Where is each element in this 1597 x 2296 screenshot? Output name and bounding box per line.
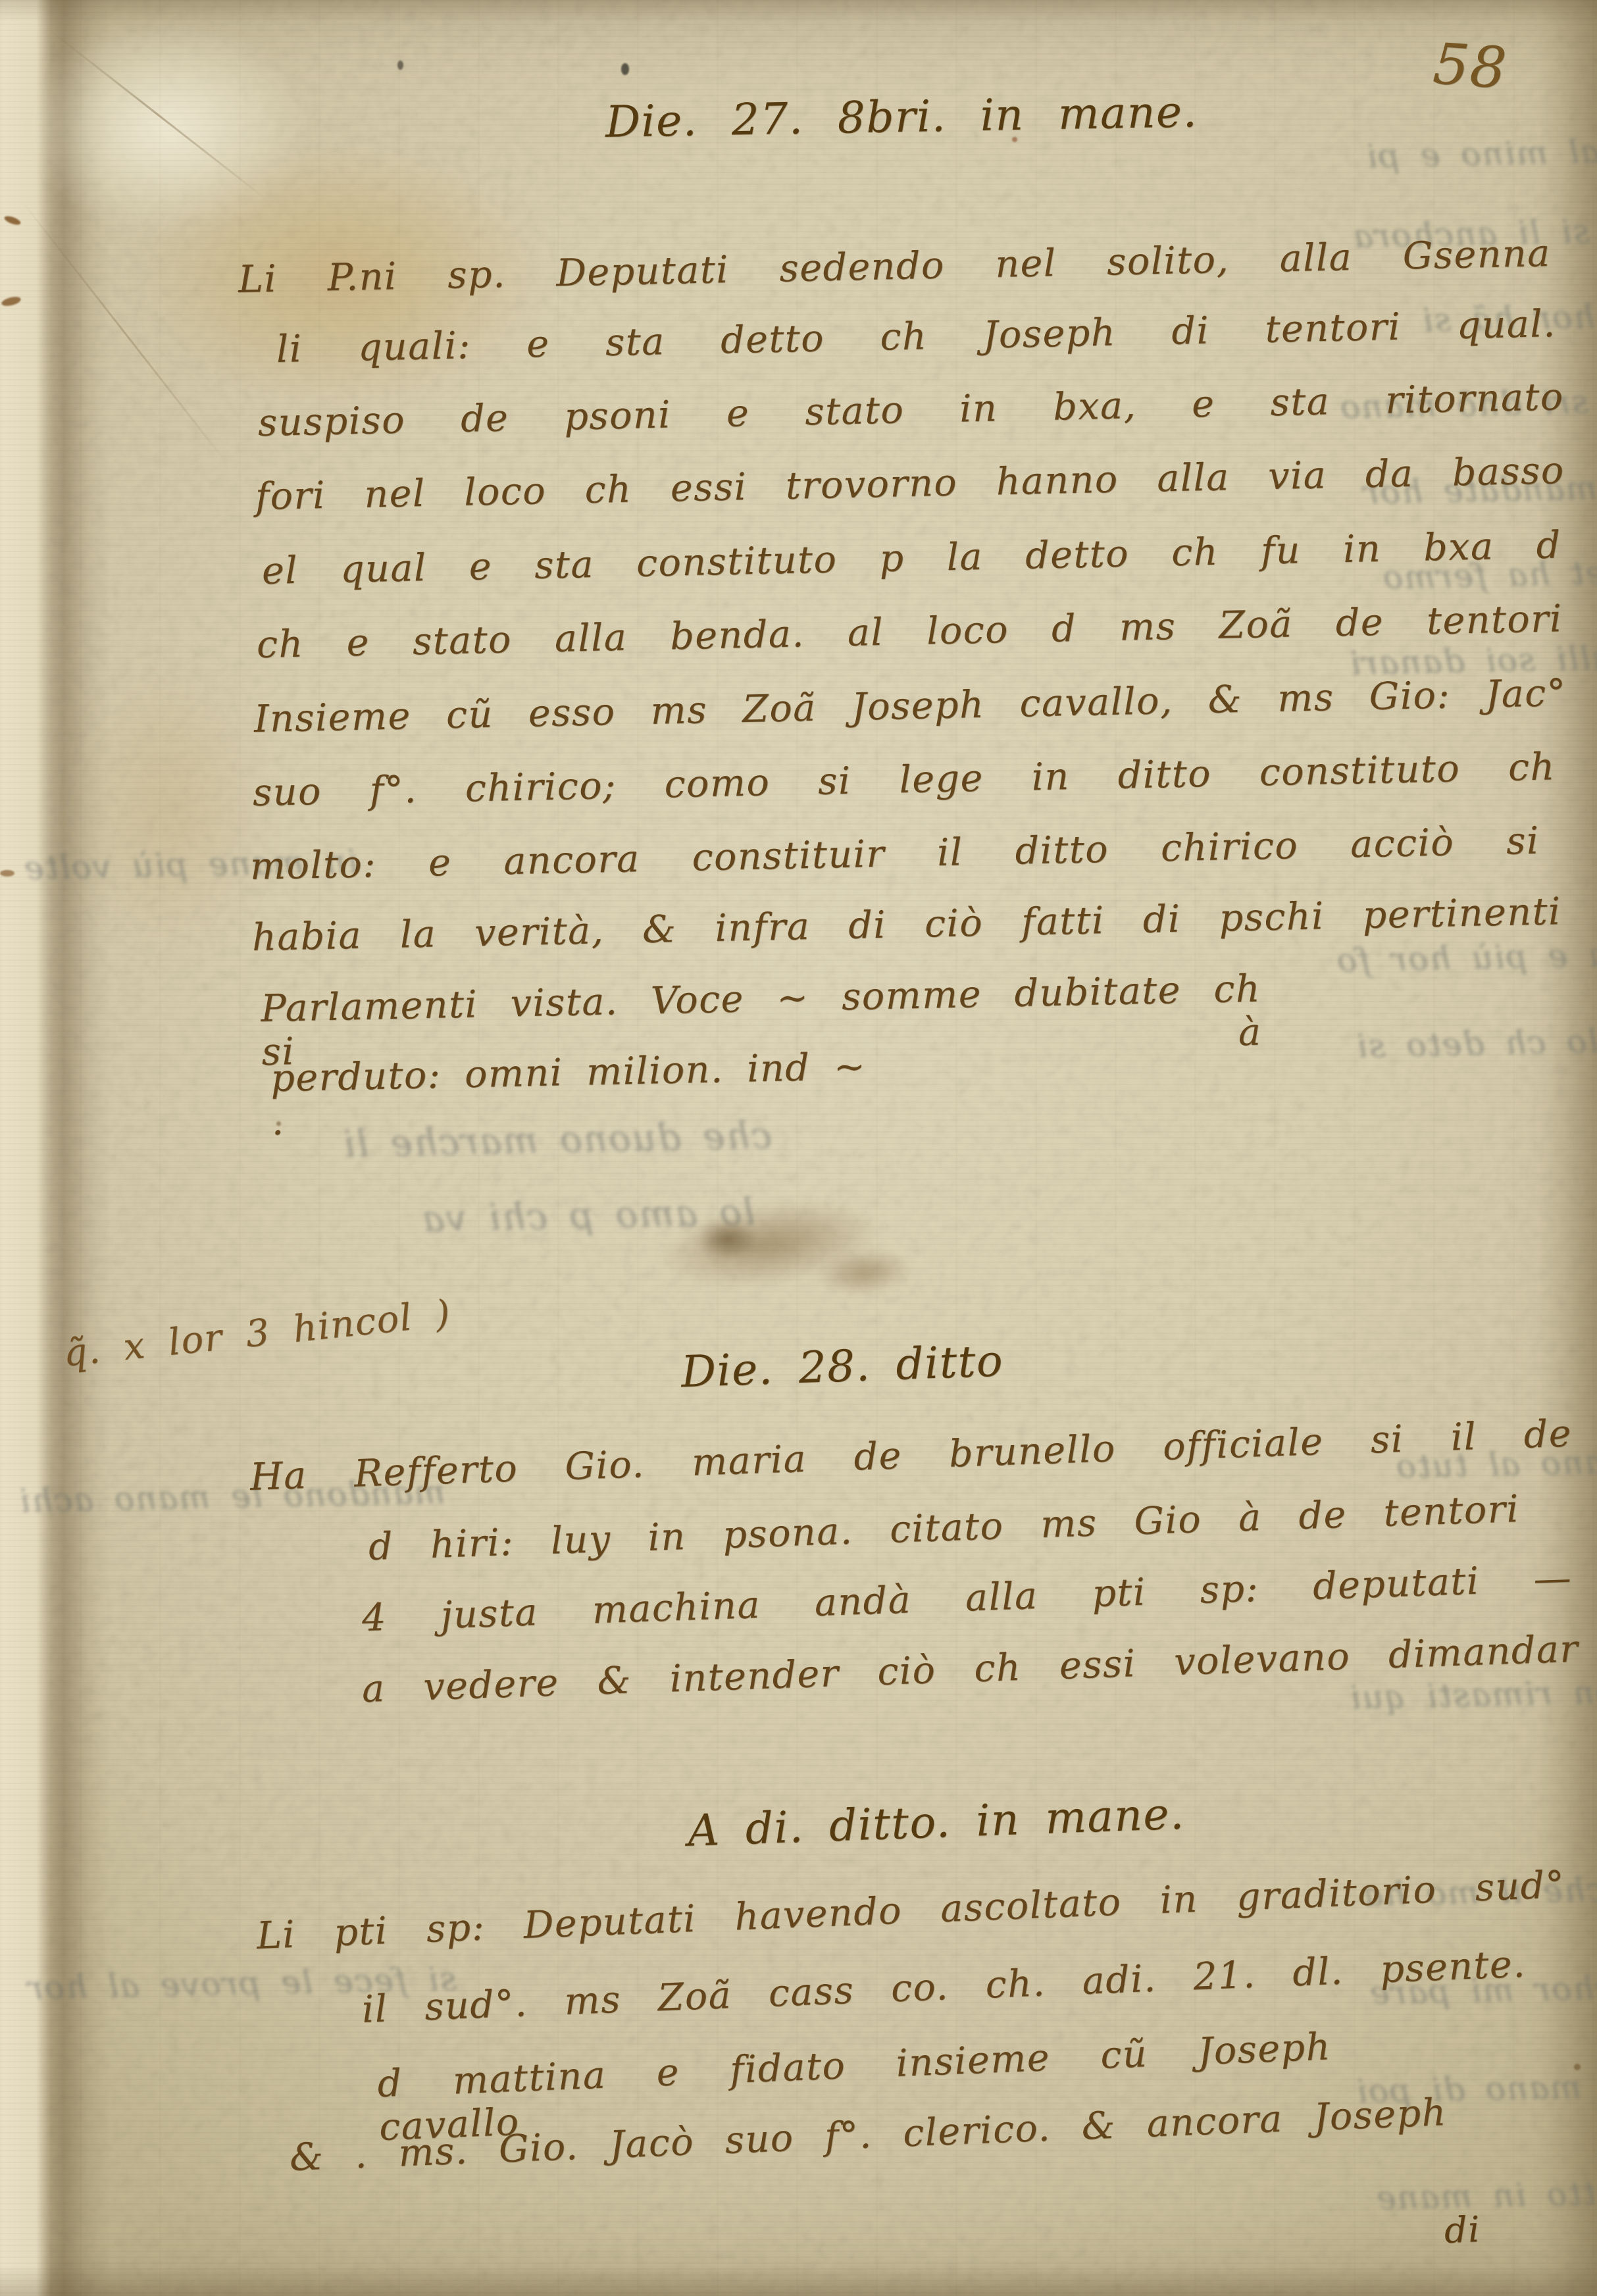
fox-spot xyxy=(621,63,629,75)
manuscript-line: suspiso de psoni e stato in bxa, e sta r… xyxy=(257,376,1564,445)
entry-heading-date: Die. 28. ditto xyxy=(680,1338,958,1398)
manuscript-line: ch e stato alla benda. al loco d ms Zoã … xyxy=(256,598,1563,667)
manuscript-line: il sud°. ms Zoã cass co. ch. adi. 21. dl… xyxy=(361,1943,1527,2032)
folio-number: 58 xyxy=(1431,32,1509,101)
ink-showthrough: si è il tutto in mane xyxy=(1375,2171,1597,2217)
fox-spot xyxy=(397,61,403,70)
entry-heading-date: A di. ditto. in mane. xyxy=(687,1793,1057,1856)
ink-showthrough: lo amo p chi va xyxy=(420,1191,755,1241)
manuscript-line: Insieme cũ esso ms Zoã Joseph cavallo, &… xyxy=(253,672,1567,742)
manuscript-line: Ha Refferto Gio. maria de brunello offic… xyxy=(249,1412,1573,1499)
catchword: di xyxy=(1444,2209,1481,2251)
ink-smudge xyxy=(813,1245,915,1300)
manuscript-line: a vedere & intender ciò ch essi volevano… xyxy=(361,1628,1579,1712)
manuscript-line: el qual e sta constituto p la detto ch f… xyxy=(261,524,1561,593)
manuscript-line: li quali: e sta detto ch Joseph di tento… xyxy=(276,303,1556,372)
manuscript-line: 4 justa machina andà alla pti sp: deputa… xyxy=(361,1557,1573,1641)
ink-mark-prev-leaf xyxy=(1,295,22,308)
top-page-edge xyxy=(0,0,1597,22)
manuscript-line: habia la verità, & infra di ciò fatti di… xyxy=(251,890,1561,959)
ink-showthrough: al mino e pi xyxy=(1365,132,1597,175)
ink-showthrough: in ma e più hor fo xyxy=(1335,934,1597,979)
margin-note: q̃. x lor 3 hincol ) xyxy=(61,1292,453,1375)
ink-smudge xyxy=(696,1219,759,1260)
manuscript-line: d hiri: luy in psona. citato ms Gio à de… xyxy=(368,1488,1520,1569)
manuscript-page: al mino e pi che si li anchora hor hã si… xyxy=(0,0,1597,2296)
previous-leaf-edge xyxy=(0,0,51,2296)
manuscript-line: fori nel loco ch essi trovorno hanno all… xyxy=(255,449,1565,519)
fox-spot xyxy=(1574,2064,1581,2070)
ink-showthrough: che p lo ch deto si xyxy=(1355,1019,1597,1065)
crease-line xyxy=(45,26,270,202)
manuscript-line: molto: e ancora constituir il ditto chir… xyxy=(249,820,1540,889)
manuscript-line: suo f°. chirico; como si lege in ditto c… xyxy=(252,746,1556,815)
ink-smudge xyxy=(653,1188,886,1300)
manuscript-line: Li P.ni sp. Deputati sedendo nel solito,… xyxy=(238,232,1551,302)
manuscript-line: perduto: omni milion. ind ~ . xyxy=(270,1046,867,1144)
ink-mark-prev-leaf xyxy=(0,870,14,877)
manuscript-line: Li pti sp: Deputati havendo ascoltato in… xyxy=(256,1864,1566,1958)
entry-heading-date: Die. 27. 8bri. in mane. xyxy=(605,87,1198,147)
bottom-page-edge xyxy=(0,2266,1597,2296)
ink-mark-prev-leaf xyxy=(3,215,22,226)
tan-stain-soft xyxy=(72,658,270,961)
crease-line xyxy=(19,198,232,469)
ink-showthrough: mi son rimasti qui xyxy=(1348,1671,1597,1716)
gutter-shadow xyxy=(38,0,111,2296)
fold-highlight xyxy=(26,20,309,237)
